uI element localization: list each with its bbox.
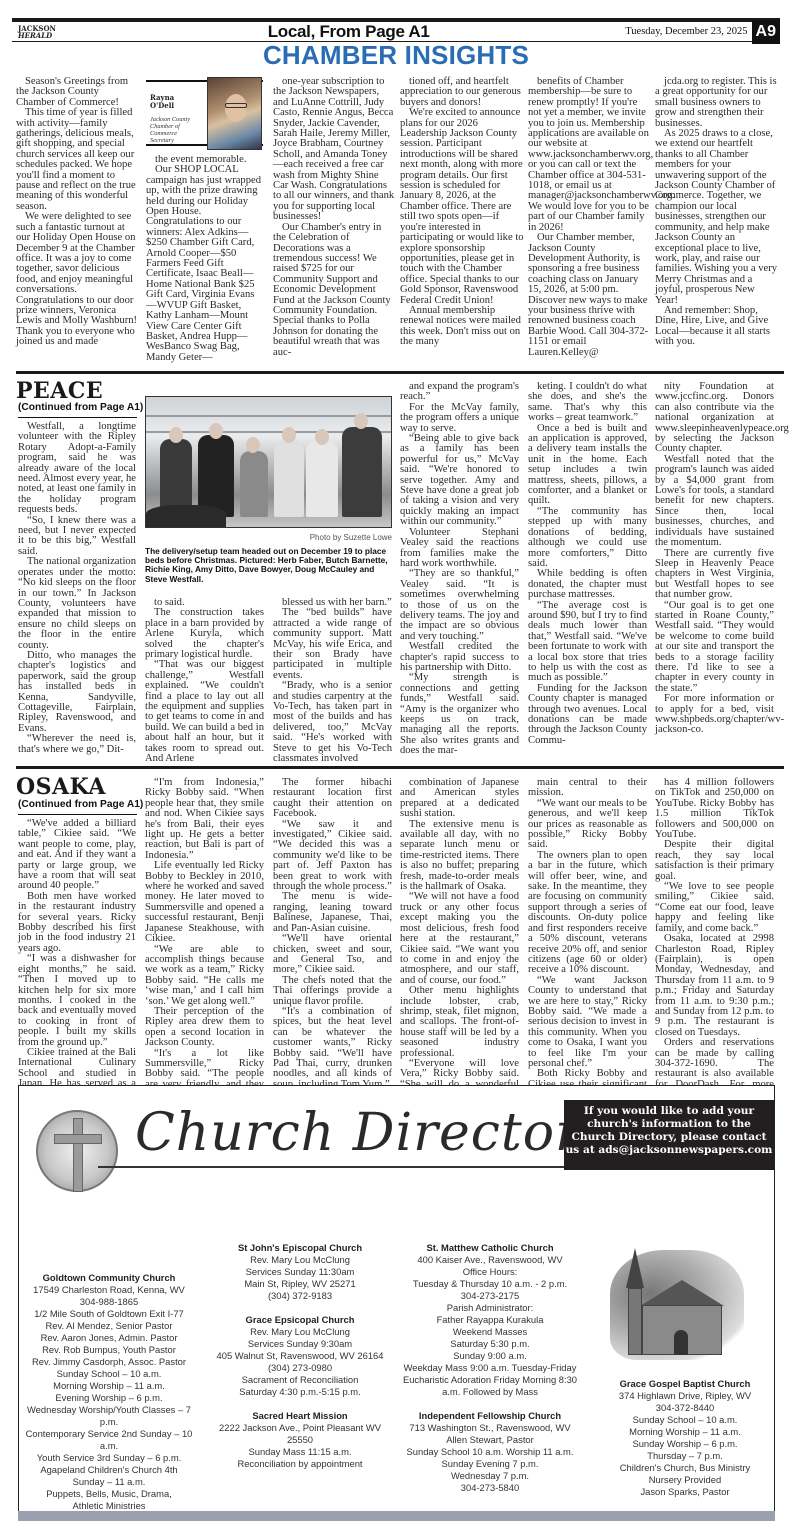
person-head xyxy=(354,413,368,429)
church-name: Independent Fellowship Church xyxy=(400,1410,580,1422)
church-detail-line: (304) 372-9183 xyxy=(210,1290,390,1302)
paragraph: “We've added a billiard table,” Cikiee s… xyxy=(18,819,136,892)
paragraph: We're excited to announce plans for our … xyxy=(400,108,524,306)
church-detail-line: 2222 Jackson Ave., Point Pleasant WV 255… xyxy=(205,1422,395,1446)
chamber-column-5: benefits of Chamber membership—be sure t… xyxy=(528,77,652,358)
bedding-bags xyxy=(146,505,226,527)
church-listing-st-matthew: St. Matthew Catholic Church400 Kaiser Av… xyxy=(400,1242,580,1398)
paragraph: “The community has stepped up with many … xyxy=(528,507,647,569)
osaka-continued-label: (Continued from Page A1) xyxy=(18,799,143,810)
church-detail-line: Tuesday & Thursday 10 a.m. - 2 p.m. xyxy=(400,1278,580,1290)
church-listing-goldtown: Goldtown Community Church17549 Charlesto… xyxy=(24,1272,194,1512)
peace-column-3: blessed us with her barn.”The “bed build… xyxy=(273,598,392,765)
church-name: Goldtown Community Church xyxy=(24,1272,194,1284)
peace-column-1: Westfall, a longtime volunteer with the … xyxy=(18,422,136,755)
byline-role: Jackson County Chamber of Commerce Secre… xyxy=(150,116,202,144)
paragraph: Westfall, a longtime volunteer with the … xyxy=(18,422,136,516)
chamber-column-1: Season's Greetings from the Jackson Coun… xyxy=(16,77,138,348)
paragraph: Our Chamber member, Jackson County Devel… xyxy=(528,233,652,358)
paragraph: The national organization operates under… xyxy=(18,557,136,651)
paragraph: Their perception of the Ripley area drew… xyxy=(145,1007,264,1049)
church-detail-line: Office Hours: xyxy=(400,1266,580,1278)
osaka-column-3: The former hibachi restaurant location f… xyxy=(273,778,392,1132)
paragraph: As 2025 draws to a close, we extend our … xyxy=(655,129,779,306)
church-detail-line: Sacrament of Reconciliation xyxy=(210,1374,390,1386)
church-detail-line: 1/2 Mile South of Goldtown Exit I-77 xyxy=(24,1308,194,1320)
church-detail-line: Sunday School 10 a.m. Worship 11 a.m. xyxy=(400,1446,580,1458)
paragraph: Funding for the Jackson County chapter i… xyxy=(528,684,647,746)
church-detail-line: Sunday School – 10 a.m. xyxy=(610,1414,760,1426)
paragraph: one-year subscription to the Jackson New… xyxy=(273,77,395,223)
church-detail-line: Sunday School – 10 a.m. xyxy=(24,1368,194,1380)
church-detail-line: Youth Service 3rd Sunday – 6 p.m. xyxy=(24,1452,194,1464)
church-name: St. Matthew Catholic Church xyxy=(400,1242,580,1254)
osaka-headline: OSAKA xyxy=(16,774,106,800)
peace-column-5: keting. I couldn't do what she does, and… xyxy=(528,382,647,746)
paragraph: Volunteer Stephani Vealey said the react… xyxy=(400,528,519,570)
publication-date: Tuesday, December 23, 2025 xyxy=(625,26,751,37)
church-detail-line: 304-273-5840 xyxy=(400,1482,580,1494)
church-detail-line: 304-273-2175 xyxy=(400,1290,580,1302)
volunteer-team-photo xyxy=(145,396,392,528)
paragraph: Osaka, located at 2998 Charleston Road, … xyxy=(655,934,774,1038)
paragraph: “That was our biggest challenge,” Westfa… xyxy=(145,660,264,764)
paragraph: “I'm from Indonesia,” Ricky Bobby said. … xyxy=(145,778,264,861)
paragraph: Ditto, who manages the chapter's logisti… xyxy=(18,651,136,734)
church-detail-line: Evening Worship – 6 p.m. xyxy=(24,1392,194,1404)
section-label: Local, From Page A1 xyxy=(72,22,625,42)
church-detail-line: Thursday – 7 p.m. xyxy=(610,1450,760,1462)
paragraph: has 4 million followers on TikTok and 25… xyxy=(655,778,774,840)
church-detail-line: Reconciliation by appointment xyxy=(205,1458,395,1470)
church-detail-line: Contemporary Service 2nd Sunday – 10 a.m… xyxy=(24,1428,194,1452)
photo-credit: Photo by Suzette Lowe xyxy=(145,533,392,542)
paragraph: “We want our meals to be generous, and w… xyxy=(528,799,647,851)
church-name: Sacred Heart Mission xyxy=(205,1410,395,1422)
church-detail-line: (304) 273-0980 xyxy=(210,1362,390,1374)
paragraph: nity Foundation at www.jccfinc.org. Dono… xyxy=(655,382,774,455)
paragraph: “It's a combination of spices, but the h… xyxy=(273,1007,392,1090)
paragraph: “We will not have a food truck or any ot… xyxy=(400,892,519,986)
church-detail-line: Services Sunday 11:30am xyxy=(210,1266,390,1278)
chamber-column-6: jcda.org to register. This is a great op… xyxy=(655,77,779,348)
photo-caption: The delivery/setup team headed out on De… xyxy=(145,547,393,584)
paragraph: “Brady, who is a senior and studies carp… xyxy=(273,681,392,764)
paragraph: “We'll have oriental chicken, sweet and … xyxy=(273,934,392,976)
church-listing-grace-gospel-baptist: Grace Gospel Baptist Church374 Highlawn … xyxy=(610,1378,760,1498)
paragraph: “Wherever the need is, that's where we g… xyxy=(18,734,136,755)
church-detail-line: Morning Worship – 11 a.m. xyxy=(24,1380,194,1392)
paragraph: Other menu highlights include lobster, c… xyxy=(400,986,519,1059)
osaka-column-4: combination of Japanese and American sty… xyxy=(400,778,519,1121)
church-detail-line: 405 Walnut St, Ravenswood, WV 26164 xyxy=(210,1350,390,1362)
paragraph: tioned off, and heartfelt appreciation t… xyxy=(400,77,524,108)
paragraph: jcda.org to register. This is a great op… xyxy=(655,77,779,129)
paragraph: Both men have worked in the restaurant i… xyxy=(18,892,136,954)
chamber-column-2: the event memorable.Our SHOP LOCAL campa… xyxy=(146,155,264,363)
person-head xyxy=(246,437,260,453)
paragraph: “I was a dishwasher for eight months,” h… xyxy=(18,954,136,1048)
church-detail-line: 374 Highlawn Drive, Ripley, WV xyxy=(610,1390,760,1402)
newspaper-logo: JACKSON HERALD xyxy=(12,25,72,39)
church-detail-line: Sunday Evening 7 p.m. xyxy=(400,1458,580,1470)
portrait-face xyxy=(225,94,247,122)
peace-column-2: to said.The construction takes place in … xyxy=(145,598,264,765)
church-detail-line: Children's Church, Bus Ministry xyxy=(610,1462,760,1474)
paragraph: keting. I couldn't do what she does, and… xyxy=(528,382,647,424)
paragraph: Season's Greetings from the Jackson Coun… xyxy=(16,77,138,108)
section-divider xyxy=(16,766,784,769)
osaka-column-5: main central to their mission.“We want o… xyxy=(528,778,647,1132)
paragraph: This time of year is filled with activit… xyxy=(16,108,138,212)
paragraph: “They are so thankful,” Vealey said. “It… xyxy=(400,569,519,642)
paragraph: Once a bed is built and an application i… xyxy=(528,424,647,507)
person xyxy=(342,427,382,517)
paragraph: Annual membership renewal notices were m… xyxy=(400,306,524,348)
byline-name: Rayna O'Dell xyxy=(150,94,200,110)
paragraph: Our Chamber's entry in the Celebration o… xyxy=(273,223,395,358)
church-detail-line: Allen Stewart, Pastor xyxy=(400,1434,580,1446)
peace-headline-rule xyxy=(18,417,137,418)
portrait-glasses xyxy=(225,103,247,108)
church-detail-line: Rev. Mary Lou McClung xyxy=(210,1254,390,1266)
church-detail-line: Main St, Ripley, WV 25271 xyxy=(210,1278,390,1290)
church-detail-line: Rev. Jimmy Casdorph, Assoc. Pastor xyxy=(24,1356,194,1368)
paragraph: combination of Japanese and American sty… xyxy=(400,778,519,820)
paragraph: “My strength is connections and getting … xyxy=(400,673,519,756)
person xyxy=(306,441,338,517)
church-detail-line: Sunday Worship – 6 p.m. xyxy=(610,1438,760,1450)
paragraph: There are currently five Sleep in Heaven… xyxy=(655,549,774,601)
church-directory-title: Church Directory xyxy=(135,1103,611,1163)
church-listing-sacred-heart: Sacred Heart Mission2222 Jackson Ave., P… xyxy=(205,1410,395,1470)
paragraph: While bedding is often donated, the chap… xyxy=(528,569,647,600)
paragraph: “We want Jackson County to understand th… xyxy=(528,976,647,1070)
paragraph: The chefs noted that the Thai offerings … xyxy=(273,976,392,1007)
osaka-column-6: has 4 million followers on TikTok and 25… xyxy=(655,778,774,1121)
church-detail-line: Rev. Al Mendez, Senior Pastor xyxy=(24,1320,194,1332)
church-detail-line: Jason Sparks, Pastor xyxy=(610,1486,760,1498)
church-detail-line: 304-988-1865 xyxy=(24,1296,194,1308)
church-listing-grace-episcopal: Grace Epsicopal ChurchRev. Mary Lou McCl… xyxy=(210,1314,390,1398)
church-detail-line: Nursery Provided xyxy=(610,1474,760,1486)
church-detail-line: 304-372-8440 xyxy=(610,1402,760,1414)
church-detail-line: Father Rayappa Kurakula xyxy=(400,1314,580,1326)
church-detail-line: Services Sunday 9:30am xyxy=(210,1338,390,1350)
paragraph: Life eventually led Ricky Bobby to Beckl… xyxy=(145,861,264,944)
church-name: Grace Epsicopal Church xyxy=(210,1314,390,1326)
paragraph: Our SHOP LOCAL campaign has just wrapped… xyxy=(146,165,264,363)
section-divider xyxy=(16,371,784,374)
author-portrait xyxy=(207,77,262,150)
paragraph: For more information or to apply for a b… xyxy=(655,694,774,736)
church-detail-line: Sunday – 11 a.m. xyxy=(24,1476,194,1488)
church-name: Grace Gospel Baptist Church xyxy=(610,1378,760,1390)
church-name: St John's Episcopal Church xyxy=(210,1242,390,1254)
paragraph: The former hibachi restaurant location f… xyxy=(273,778,392,820)
church-detail-line: Eucharistic Adoration Friday Morning 8:3… xyxy=(400,1374,580,1386)
church-directory-footer-bar xyxy=(18,1511,775,1521)
church-detail-line: Sunday 9:00 a.m. xyxy=(400,1350,580,1362)
church-detail-line: Weekend Masses xyxy=(400,1326,580,1338)
peace-column-4: and expand the program's reach.”For the … xyxy=(400,382,519,757)
chamber-insights-title: CHAMBER INSIGHTS xyxy=(0,40,792,71)
church-detail-line: Wednesday 7 p.m. xyxy=(400,1470,580,1482)
peace-headline: PEACE xyxy=(16,378,103,404)
person-head xyxy=(169,427,183,443)
church-detail-line: Rev. Aaron Jones, Admin. Pastor xyxy=(24,1332,194,1344)
church-listing-independent-fellowship: Independent Fellowship Church713 Washing… xyxy=(400,1410,580,1494)
title-underline xyxy=(98,1166,370,1168)
church-detail-line: Rev. Rob Bumpus, Youth Pastor xyxy=(24,1344,194,1356)
person-head xyxy=(209,423,223,439)
paragraph: benefits of Chamber membership—be sure t… xyxy=(528,77,652,233)
church-listing-st-johns: St John's Episcopal ChurchRev. Mary Lou … xyxy=(210,1242,390,1302)
church-detail-line: Morning Worship – 11 a.m. xyxy=(610,1426,760,1438)
peace-continued-label: (Continued from Page A1) xyxy=(18,402,143,413)
chamber-column-3: one-year subscription to the Jackson New… xyxy=(273,77,395,358)
church-detail-line: Saturday 5:30 p.m. xyxy=(400,1338,580,1350)
paragraph: The construction takes place in a barn p… xyxy=(145,608,264,660)
paragraph: For the McVay family, the program offers… xyxy=(400,403,519,434)
peace-column-6: nity Foundation at www.jccfinc.org. Dono… xyxy=(655,382,774,736)
cross-icon xyxy=(36,1110,118,1192)
church-detail-line: Rev. Mary Lou McClung xyxy=(210,1326,390,1338)
paragraph: The “bed builds” have attracted a wide r… xyxy=(273,608,392,681)
paragraph: Westfall credited the chapter's rapid su… xyxy=(400,642,519,673)
paragraph: “So, I knew there was a need, but I neve… xyxy=(18,516,136,558)
paragraph: Westfall noted that the program's launch… xyxy=(655,455,774,549)
paragraph: “We saw it and investigated,” Cikiee sai… xyxy=(273,820,392,893)
paragraph: The extensive menu is available all day,… xyxy=(400,820,519,893)
church-detail-line: a.m. Followed by Mass xyxy=(400,1386,580,1398)
church-detail-line: Wednesday Worship/Youth Classes – 7 p.m. xyxy=(24,1404,194,1428)
person-head xyxy=(315,429,329,445)
paragraph: The owners plan to open a bar in the fut… xyxy=(528,851,647,976)
paragraph: main central to their mission. xyxy=(528,778,647,799)
church-detail-line: Puppets, Bells, Music, Drama, xyxy=(24,1488,194,1500)
church-detail-line: Weekday Mass 9:00 a.m. Tuesday-Friday xyxy=(400,1362,580,1374)
paragraph: “We are able to accomplish things becaus… xyxy=(145,945,264,1007)
add-church-notice: If you would like to add your church's i… xyxy=(564,1100,774,1170)
person xyxy=(274,441,304,517)
chamber-column-4: tioned off, and heartfelt appreciation t… xyxy=(400,77,524,348)
person xyxy=(240,451,268,517)
paragraph: Despite their digital reach, they say lo… xyxy=(655,840,774,882)
title-underline xyxy=(370,1166,570,1168)
page-masthead: JACKSON HERALD Local, From Page A1 Tuesd… xyxy=(12,18,780,42)
church-detail-line: Athletic Ministries xyxy=(24,1500,194,1512)
church-detail-line: 400 Kaiser Ave., Ravenswood, WV xyxy=(400,1254,580,1266)
church-detail-line: Parish Administrator: xyxy=(400,1302,580,1314)
osaka-headline-rule xyxy=(18,814,137,815)
church-detail-line: Sunday Mass 11:15 a.m. xyxy=(205,1446,395,1458)
osaka-column-2: “I'm from Indonesia,” Ricky Bobby said. … xyxy=(145,778,264,1132)
chapel-illustration xyxy=(602,1240,752,1370)
paragraph: and expand the program's reach.” xyxy=(400,382,519,403)
paragraph: We were delighted to see such a fantasti… xyxy=(16,212,138,347)
paragraph: The menu is wide-ranging, leaning toward… xyxy=(273,892,392,934)
person-head xyxy=(282,427,296,443)
paragraph: “Our goal is to get one started in Roane… xyxy=(655,601,774,695)
church-detail-line: 713 Washington St., Ravenswood, WV xyxy=(400,1422,580,1434)
paragraph: “We love to see people smiling,” Cikiee … xyxy=(655,882,774,934)
church-detail-line: 17549 Charleston Road, Kenna, WV xyxy=(24,1284,194,1296)
paragraph: “Being able to give back as a family has… xyxy=(400,434,519,528)
paragraph: And remember: Shop, Dine, Hire, Live, an… xyxy=(655,306,779,348)
church-detail-line: Saturday 4:30 p.m.-5:15 p.m. xyxy=(210,1386,390,1398)
paragraph: “The average cost is around $90, but I t… xyxy=(528,601,647,684)
church-detail-line: Agapeland Children's Church 4th xyxy=(24,1464,194,1476)
